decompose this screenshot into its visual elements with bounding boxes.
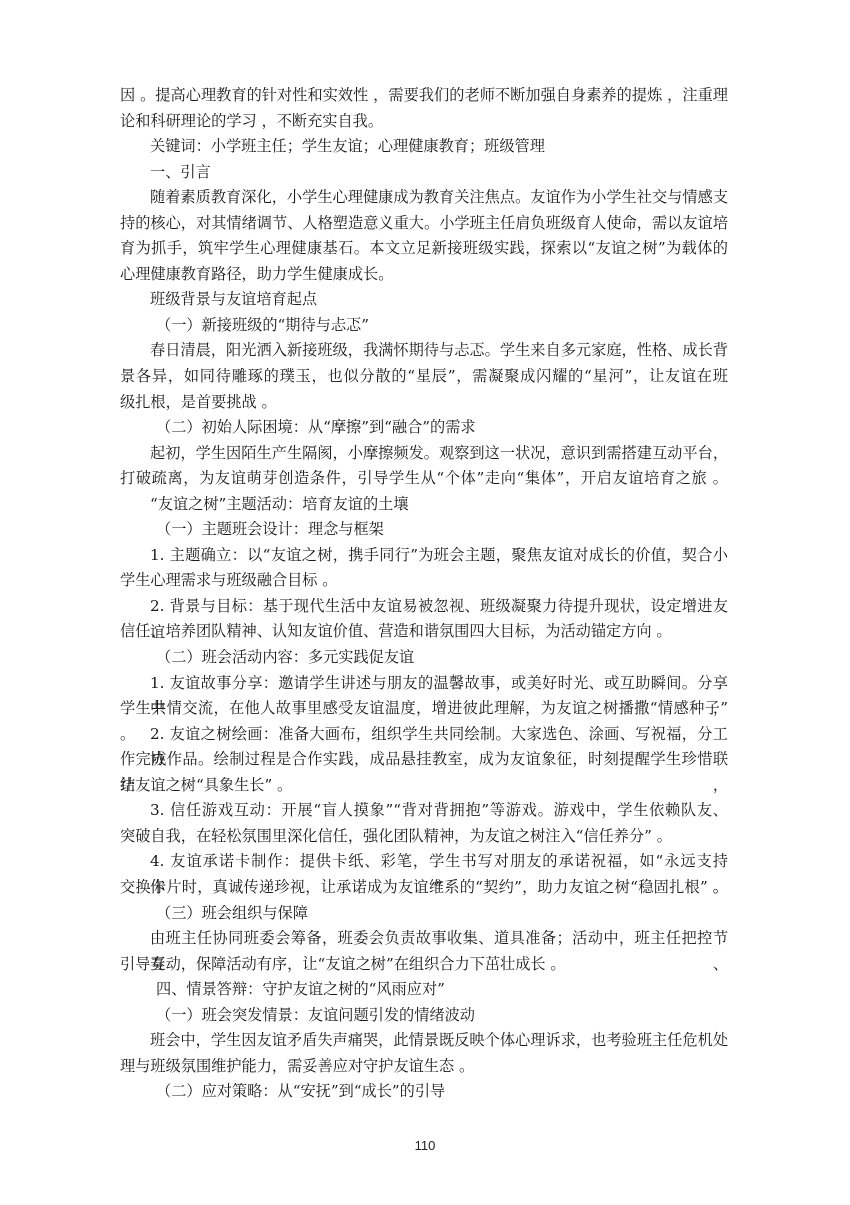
text-line: 育为抓手，筑牢学生心理健康基石。本文立足新接班级实践，探索以“友谊之树”为载体的 [120, 236, 728, 262]
text-line: 信任、培养团队精神、认知友谊价值、营造和谐氛围四大目标，为活动锚定方向 。 [120, 619, 728, 645]
text-line: 突破自我，在轻松氛围里深化信任，强化团队精神，为友谊之树注入“信任养分” 。 [120, 824, 728, 850]
text-line: 关键词：小学班主任；学生友谊；心理健康教育；班级管理 [120, 134, 728, 160]
section-heading-line: （三）班会组织与保障 [120, 901, 728, 927]
text-line: 心理健康教育路径，助力学生健康成长。 [120, 262, 728, 288]
text-line: 班会中，学生因友谊矛盾失声痛哭，此情景既反映个体心理诉求，也考验班主任危机处 [120, 1028, 728, 1054]
text-line: 班级背景与友谊培育起点 [120, 287, 728, 313]
text-line: 理与班级氛围维护能力，需妥善应对守护友谊生态 。 [120, 1054, 728, 1080]
text-line: 作完成作品。绘制过程是合作实践，成品悬挂教室，成为友谊象征，时刻提醒学生珍惜联结… [120, 747, 728, 773]
text-line: 起初，学生因陌生产生隔阂，小摩擦频发。观察到这一状况，意识到需搭建互动平台， [120, 441, 728, 467]
section-heading-line: 四、情景答辩：守护友谊之树的“风雨应对” [120, 977, 728, 1003]
text-line: 1. 友谊故事分享：邀请学生讲述与朋友的温馨故事，或美好时光、或互助瞬间。分享中… [120, 671, 728, 697]
text-line: 由班主任协同班委会筹备，班委会负责故事收集、道具准备；活动中，班主任把控节奏、 [120, 926, 728, 952]
section-heading-line: （二）班会活动内容：多元实践促友谊 [120, 645, 728, 671]
document-page: 因 。提高心理教育的针对性和实效性 ，需要我们的老师不断加强自身素养的提炼 ，注… [120, 83, 728, 1105]
text-line: 3. 信任游戏互动：开展“盲人摸象”“背对背拥抱”等游戏。游戏中，学生依赖队友、 [120, 798, 728, 824]
text-line: 1. 主题确立：以“友谊之树，携手同行”为班会主题，聚焦友谊对成长的价值，契合小 [120, 543, 728, 569]
section-heading-line: （二）初始人际困境：从“摩擦”到“融合”的需求 [120, 415, 728, 441]
text-line: 持的核心，对其情绪调节、人格塑造意义重大。小学班主任肩负班级育人使命，需以友谊培 [120, 211, 728, 237]
text-line: 交换卡片时，真诚传递珍视，让承诺成为友谊维系的“契约”，助力友谊之树“稳固扎根”… [120, 875, 728, 901]
text-line: 级扎根，是首要挑战 。 [120, 390, 728, 416]
section-heading-line: （一）班会突发情景：友谊问题引发的情绪波动 [120, 1003, 728, 1029]
text-line: “友谊之树”主题活动：培育友谊的土壤 [120, 492, 728, 518]
text-line: 因 。提高心理教育的针对性和实效性 ，需要我们的老师不断加强自身素养的提炼 ，注… [120, 83, 728, 109]
section-heading-line: （一）主题班会设计：理念与框架 [120, 517, 728, 543]
text-line: 4. 友谊承诺卡制作：提供卡纸、彩笔，学生书写对朋友的承诺祝福，如“永远支持你”… [120, 849, 728, 875]
text-line: 学生共情交流，在他人故事里感受友谊温度，增进彼此理解，为友谊之树播撒“情感种子”… [120, 696, 728, 722]
text-line: 学生心理需求与班级融合目标 。 [120, 568, 728, 594]
text-line: 春日清晨，阳光洒入新接班级，我满怀期待与忐忑。学生来自多元家庭，性格、成长背 [120, 338, 728, 364]
text-line: 论和科研理论的学习 ，不断充实自我。 [120, 109, 728, 135]
text-line: 2. 背景与目标：基于现代生活中友谊易被忽视、班级凝聚力待提升现状，设定增进友谊 [120, 594, 728, 620]
text-line: 2. 友谊之树绘画：准备大画布，组织学生共同绘制。大家选色、涂画、写祝福，分工协 [120, 722, 728, 748]
text-line: 景各异，如同待雕琢的璞玉，也似分散的“星辰”，需凝聚成闪耀的“星河”，让友谊在班 [120, 364, 728, 390]
text-line: 打破疏离，为友谊萌芽创造条件，引导学生从“个体”走向“集体”，开启友谊培育之旅 … [120, 466, 728, 492]
page-number: 110 [0, 1138, 850, 1153]
section-heading-line: （一）新接班级的“期待与忐忑” [120, 313, 728, 339]
text-line: 随着素质教育深化，小学生心理健康成为教育关注焦点。友谊作为小学生社交与情感支 [120, 185, 728, 211]
text-line: 一、引言 [120, 160, 728, 186]
section-heading-line: （二）应对策略：从“安抚”到“成长”的引导 [120, 1079, 728, 1105]
